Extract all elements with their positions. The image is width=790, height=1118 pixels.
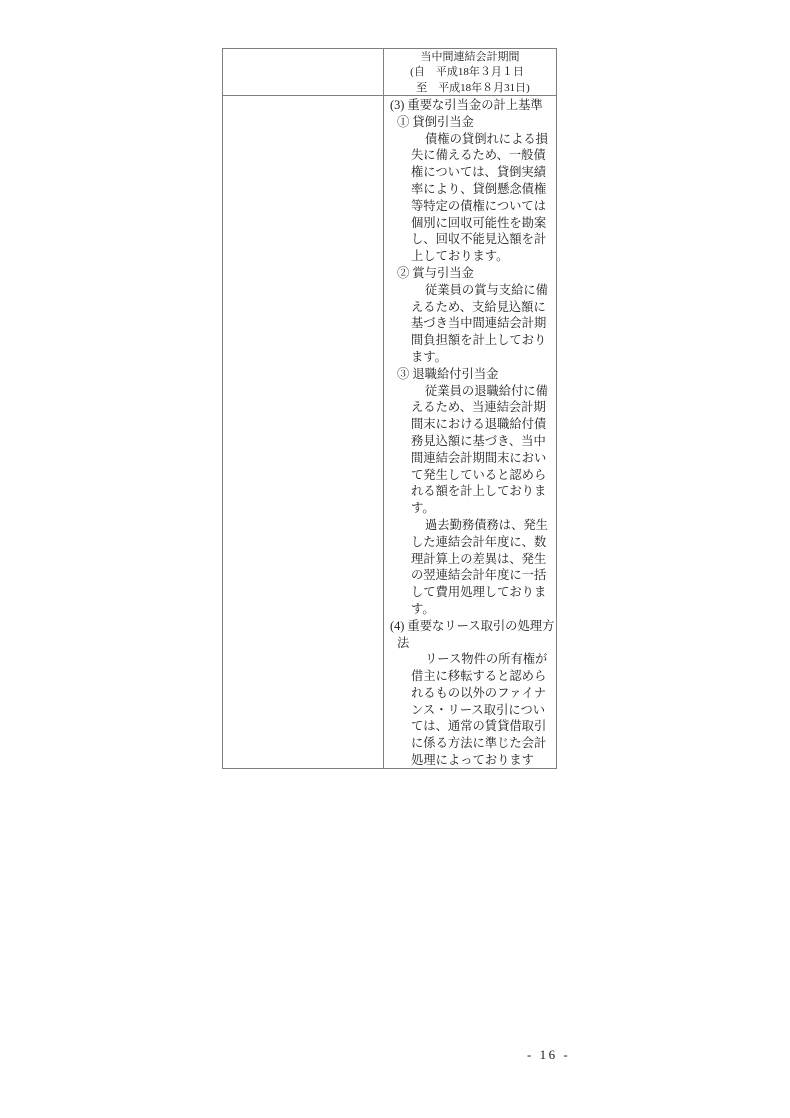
text-line: (4) 重要なリース取引の処理方	[390, 618, 556, 635]
text-line: 失に備えるため、一般債	[411, 147, 556, 164]
header-cell-empty	[223, 49, 384, 95]
text-line: ては、通常の賃貸借取引	[411, 718, 556, 735]
document-page: 当中間連結会計期間 (自 平成18年３月１日 至 平成18年８月31日) (3)…	[0, 0, 790, 1118]
period-from: (自 平成18年３月１日	[410, 65, 530, 80]
text-line: て発生していると認めら	[411, 467, 556, 484]
policy-text: (3) 重要な引当金の計上基準① 貸倒引当金債権の貸倒れによる損失に備えるため、…	[384, 96, 556, 768]
text-line: に係る方法に準じた会計	[411, 735, 556, 752]
text-line: 基づき当中間連結会計期	[411, 315, 556, 332]
text-line: 権については、貸倒実績	[411, 164, 556, 181]
text-line: 法	[397, 635, 556, 652]
text-line: 従業員の賞与支給に備	[425, 282, 556, 299]
period-range: (自 平成18年３月１日 至 平成18年８月31日)	[410, 65, 530, 96]
period-title: 当中間連結会計期間	[384, 50, 556, 65]
table-header-row: 当中間連結会計期間 (自 平成18年３月１日 至 平成18年８月31日)	[223, 49, 556, 96]
text-line: し、回収不能見込額を計	[411, 231, 556, 248]
text-line: 率により、貸倒懸念債権	[411, 181, 556, 198]
text-line: 間末における退職給付債	[411, 416, 556, 433]
text-line: の翌連結会計年度に一括	[411, 567, 556, 584]
text-line: 借主に移転すると認めら	[411, 668, 556, 685]
text-line: 等特定の債権については	[411, 198, 556, 215]
body-cell-empty	[223, 96, 384, 768]
text-line: えるため、当連結会計期	[411, 399, 556, 416]
table-body-row: (3) 重要な引当金の計上基準① 貸倒引当金債権の貸倒れによる損失に備えるため、…	[223, 96, 556, 768]
text-line: 間連結会計期間末におい	[411, 450, 556, 467]
period-to: 至 平成18年８月31日)	[410, 81, 530, 96]
text-line: 間負担額を計上しており	[411, 332, 556, 349]
text-line: 過去勤務債務は、発生	[425, 517, 556, 534]
text-line: 上しております。	[411, 248, 556, 265]
page-number: - 16 -	[527, 1047, 570, 1063]
text-line: した連結会計年度に、数	[411, 534, 556, 551]
text-line: 処理によっております	[411, 752, 556, 769]
text-line: ② 賞与引当金	[397, 265, 556, 282]
text-line: す。	[411, 500, 556, 517]
text-line: れるもの以外のファイナ	[411, 685, 556, 702]
text-line: ンス・リース取引につい	[411, 702, 556, 719]
text-line: 従業員の退職給付に備	[425, 383, 556, 400]
text-line: れる額を計上しておりま	[411, 483, 556, 500]
text-line: えるため、支給見込額に	[411, 299, 556, 316]
text-line: 個別に回収可能性を勘案	[411, 215, 556, 232]
text-line: 理計算上の差異は、発生	[411, 551, 556, 568]
text-line: す。	[411, 601, 556, 618]
text-line: 債権の貸倒れによる損	[425, 131, 556, 148]
text-line: して費用処理しておりま	[411, 584, 556, 601]
text-line: リース物件の所有権が	[425, 651, 556, 668]
accounting-policy-table: 当中間連結会計期間 (自 平成18年３月１日 至 平成18年８月31日) (3)…	[222, 48, 557, 769]
text-line: 務見込額に基づき、当中	[411, 433, 556, 450]
text-line: ③ 退職給付引当金	[397, 366, 556, 383]
header-cell-period: 当中間連結会計期間 (自 平成18年３月１日 至 平成18年８月31日)	[384, 49, 556, 95]
text-line: ます。	[411, 349, 556, 366]
text-line: ① 貸倒引当金	[397, 114, 556, 131]
text-line: (3) 重要な引当金の計上基準	[390, 97, 556, 114]
